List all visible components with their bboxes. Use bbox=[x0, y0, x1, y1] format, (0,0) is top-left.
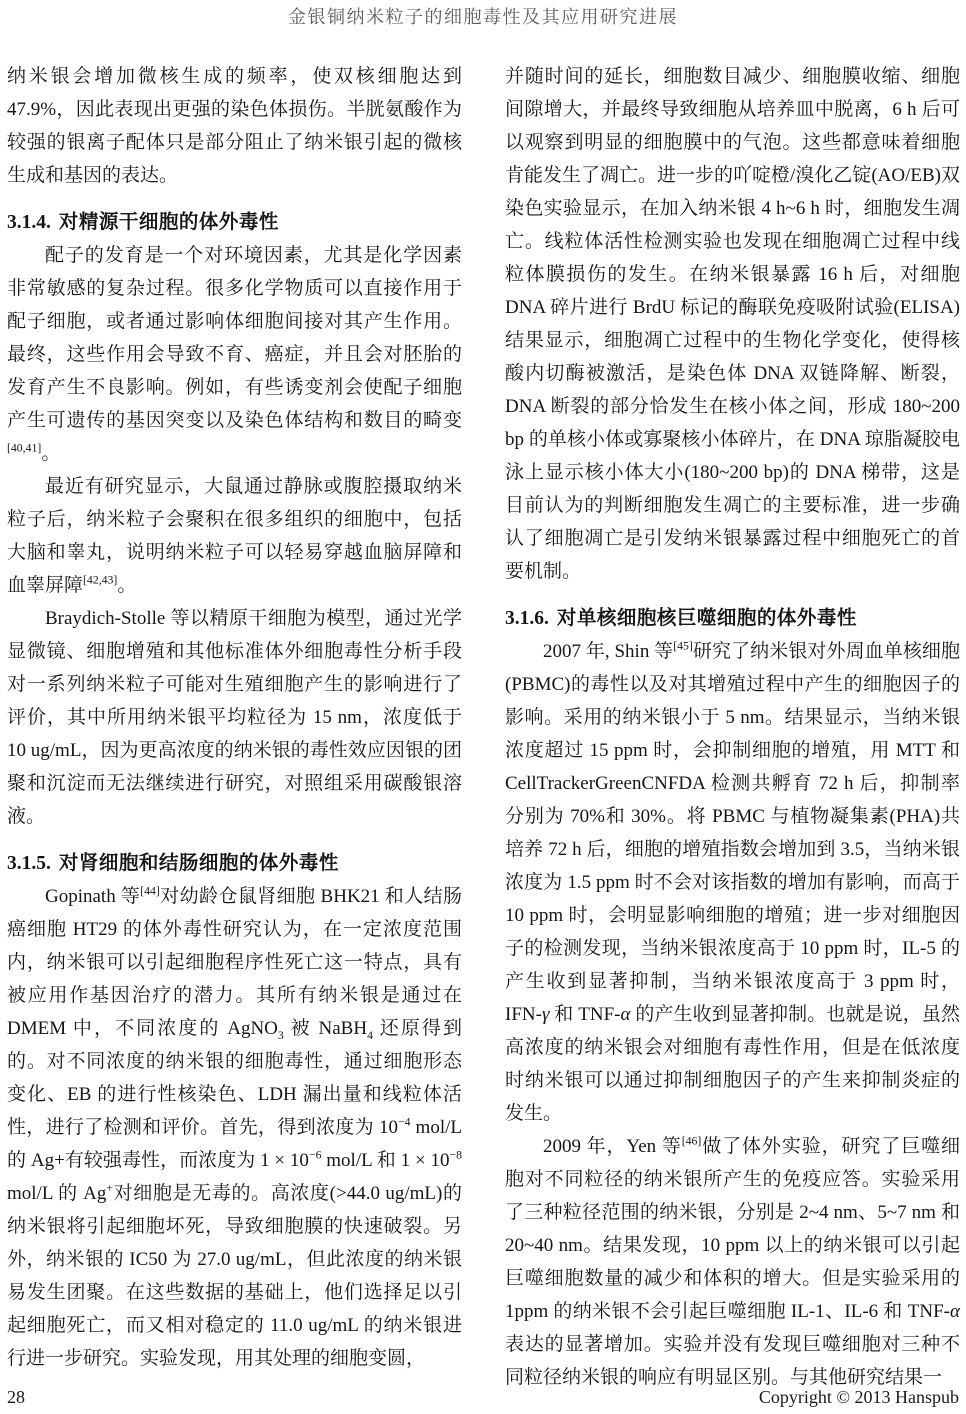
left-column: 纳米银会增加微核生成的频率，使双核细胞达到 47.9%，因此表现出更强的染色体损… bbox=[7, 60, 462, 1394]
paragraph: Gopinath 等[44]对幼龄仓鼠肾细胞 BHK21 和人结肠癌细胞 HT2… bbox=[7, 880, 462, 1375]
paragraph: 最近有研究显示，大鼠通过静脉或腹腔摄取纳米粒子后，纳米粒子会聚积在很多组织的细胞… bbox=[7, 470, 462, 602]
two-column-body: 纳米银会增加微核生成的频率，使双核细胞达到 47.9%，因此表现出更强的染色体损… bbox=[7, 60, 960, 1394]
section-heading: 3.1.4.对精源干细胞的体外毒性 bbox=[7, 206, 462, 239]
section-title: 对肾细胞和结肠细胞的体外毒性 bbox=[59, 852, 339, 874]
section-number: 3.1.4. bbox=[7, 212, 51, 233]
paper-page: 金银铜纳米粒子的细胞毒性及其应用研究进展 纳米银会增加微核生成的频率，使双核细胞… bbox=[0, 0, 966, 1414]
section-heading: 3.1.6.对单核细胞核巨噬细胞的体外毒性 bbox=[505, 602, 960, 635]
section-title: 对精源干细胞的体外毒性 bbox=[59, 211, 279, 233]
paragraph: 并随时间的延长，细胞数目减少、细胞膜收缩、细胞间隙增大，并最终导致细胞从培养皿中… bbox=[505, 60, 960, 588]
paragraph: Braydich-Stolle 等以精原干细胞为模型，通过光学显微镜、细胞增殖和… bbox=[7, 602, 462, 833]
right-column: 并随时间的延长，细胞数目减少、细胞膜收缩、细胞间隙增大，并最终导致细胞从培养皿中… bbox=[505, 60, 960, 1394]
section-number: 3.1.6. bbox=[505, 608, 549, 629]
paragraph: 2009 年，Yen 等[46]做了体外实验，研究了巨噬细胞对不同粒径的纳米银所… bbox=[505, 1130, 960, 1394]
section-number: 3.1.5. bbox=[7, 853, 51, 874]
paragraph: 2007 年, Shin 等[45]研究了纳米银对外周血单核细胞(PBMC)的毒… bbox=[505, 635, 960, 1130]
page-footer: 28 Copyright © 2013 Hanspub bbox=[7, 1387, 959, 1408]
page-number: 28 bbox=[7, 1387, 25, 1408]
section-heading: 3.1.5.对肾细胞和结肠细胞的体外毒性 bbox=[7, 847, 462, 880]
paragraph: 配子的发育是一个对环境因素，尤其是化学因素非常敏感的复杂过程。很多化学物质可以直… bbox=[7, 239, 462, 470]
copyright-notice: Copyright © 2013 Hanspub bbox=[759, 1387, 959, 1408]
running-head-title: 金银铜纳米粒子的细胞毒性及其应用研究进展 bbox=[0, 3, 966, 29]
section-title: 对单核细胞核巨噬细胞的体外毒性 bbox=[557, 607, 857, 629]
paragraph: 纳米银会增加微核生成的频率，使双核细胞达到 47.9%，因此表现出更强的染色体损… bbox=[7, 60, 462, 192]
